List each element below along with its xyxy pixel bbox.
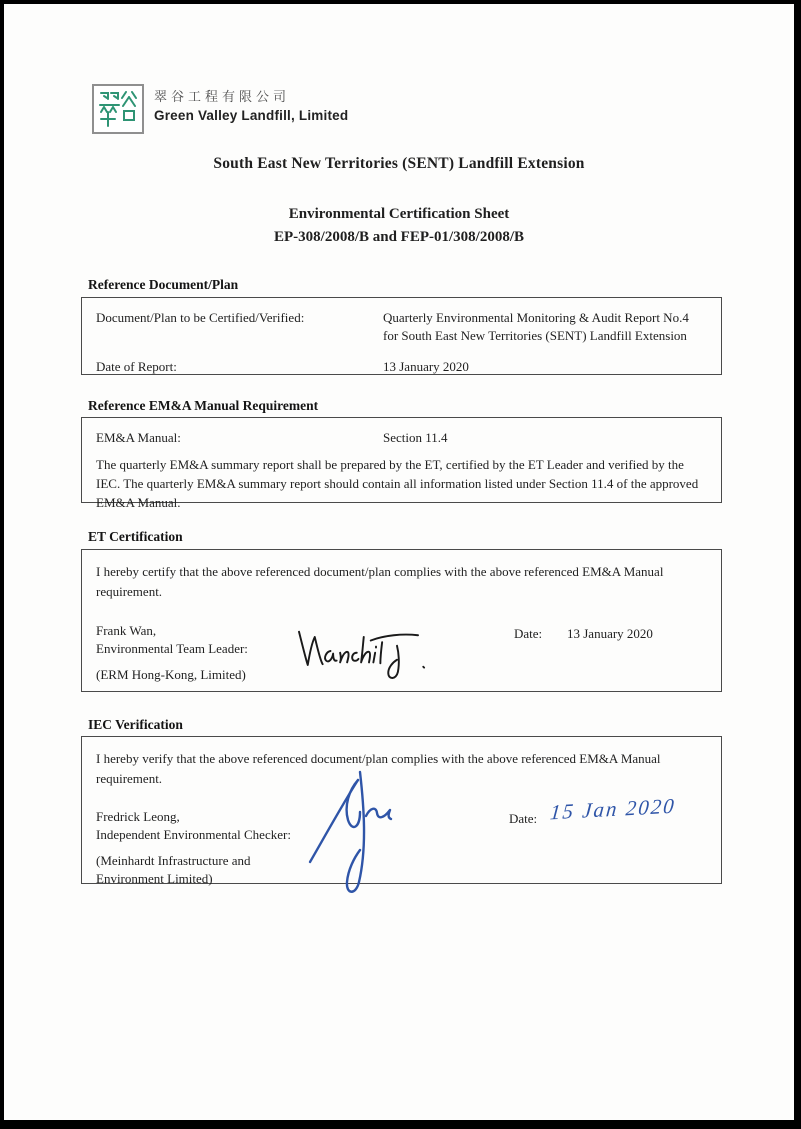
field-value-date-of-report: 13 January 2020 (383, 358, 707, 376)
section-heading-reference-document: Reference Document/Plan (88, 277, 238, 293)
iec-signatory-title: Independent Environmental Checker: (96, 826, 291, 844)
et-signatory-block: Frank Wan, Environmental Team Leader: (E… (96, 622, 248, 684)
iec-signatory-name: Fredrick Leong, (96, 808, 291, 826)
company-name-english: Green Valley Landfill, Limited (154, 108, 348, 123)
et-leader-signature (292, 616, 432, 686)
logo-text-block: 翠谷工程有限公司 Green Valley Landfill, Limited (154, 86, 348, 123)
company-name-chinese: 翠谷工程有限公司 (154, 86, 348, 105)
manual-requirement-paragraph: The quarterly EM&A summary report shall … (82, 447, 721, 513)
field-label-ema-manual: EM&A Manual: (96, 429, 383, 447)
reference-document-box: Document/Plan to be Certified/Verified: … (81, 297, 722, 375)
et-signatory-organisation: (ERM Hong-Kong, Limited) (96, 666, 248, 684)
et-signatory-name: Frank Wan, (96, 622, 248, 640)
certification-sheet: 翠谷工程有限公司 Green Valley Landfill, Limited … (4, 4, 794, 1120)
et-date-label: Date: (514, 626, 542, 642)
project-title: South East New Territories (SENT) Landfi… (4, 155, 794, 173)
iec-handwritten-date-text: 15 Jan 2020 (549, 794, 677, 826)
section-heading-et-certification: ET Certification (88, 529, 183, 545)
logo-mark-icon (96, 88, 140, 130)
et-certification-statement: I hereby certify that the above referenc… (82, 550, 682, 601)
reference-manual-box: EM&A Manual: Section 11.4 The quarterly … (81, 417, 722, 503)
field-value-document-plan: Quarterly Environmental Monitoring & Aud… (383, 309, 707, 345)
field-value-ema-manual: Section 11.4 (383, 429, 707, 447)
field-label-document-plan: Document/Plan to be Certified/Verified: (96, 309, 383, 345)
iec-handwritten-date: 15 Jan 2020 (550, 797, 676, 822)
et-date-value: 13 January 2020 (567, 626, 653, 642)
et-signatory-title: Environmental Team Leader: (96, 640, 248, 658)
sheet-title: Environmental Certification Sheet (4, 206, 794, 223)
iec-verification-statement: I hereby verify that the above reference… (82, 737, 721, 788)
et-certification-box: I hereby certify that the above referenc… (81, 549, 722, 692)
permit-numbers: EP-308/2008/B and FEP-01/308/2008/B (4, 229, 794, 246)
iec-verification-box: I hereby verify that the above reference… (81, 736, 722, 884)
reference-document-table: Document/Plan to be Certified/Verified: … (82, 298, 721, 376)
iec-checker-signature (300, 762, 400, 912)
field-label-date-of-report: Date of Report: (96, 358, 383, 376)
reference-manual-table: EM&A Manual: Section 11.4 (82, 418, 721, 447)
green-valley-logo (92, 84, 144, 134)
iec-date-label: Date: (509, 811, 537, 827)
section-heading-reference-manual: Reference EM&A Manual Requirement (88, 398, 318, 414)
scanned-page-frame: 翠谷工程有限公司 Green Valley Landfill, Limited … (0, 0, 801, 1129)
section-heading-iec-verification: IEC Verification (88, 717, 183, 733)
iec-signatory-organisation: (Meinhardt Infrastructure and Environmen… (96, 852, 288, 887)
iec-signatory-block: Fredrick Leong, Independent Environmenta… (96, 808, 291, 887)
